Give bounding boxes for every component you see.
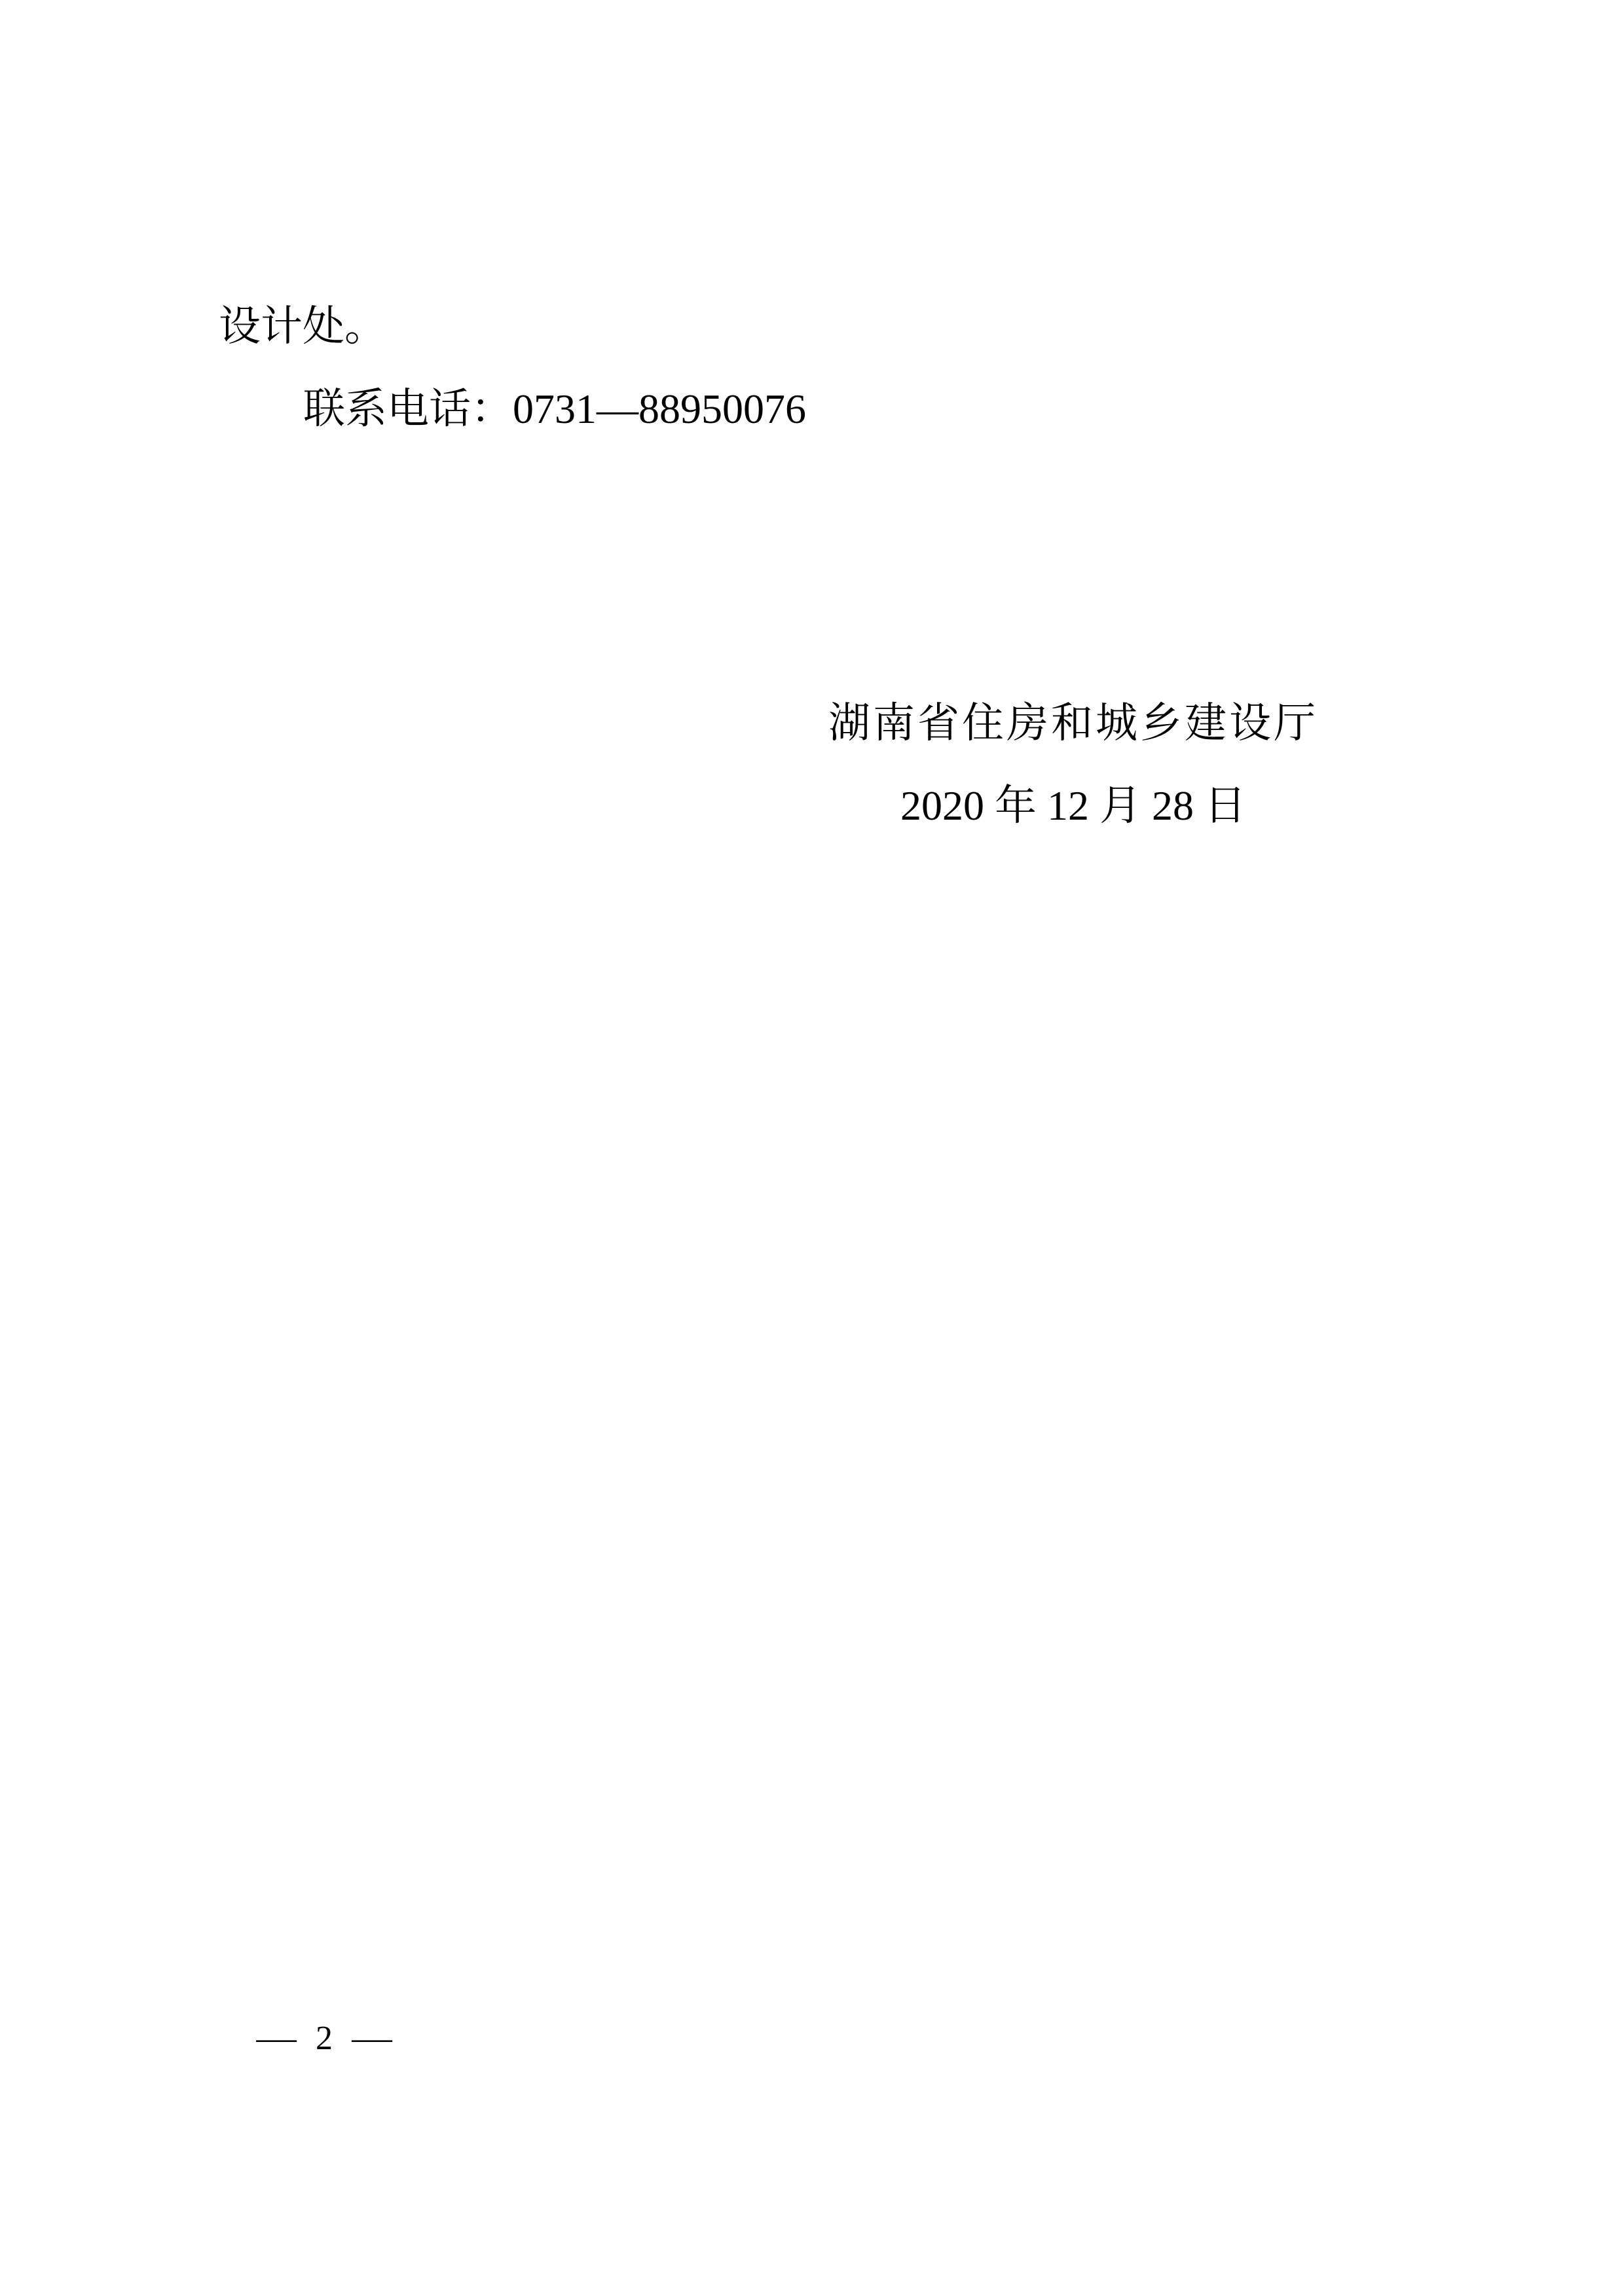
signature-block: 湖南省住房和城乡建设厅 2020 年 12 月 28 日 (827, 699, 1319, 829)
footer-page-number: 2 (316, 2022, 333, 2056)
footer-left-dash: — (256, 2022, 296, 2056)
signature-date: 2020 年 12 月 28 日 (827, 782, 1319, 830)
signature-organization: 湖南省住房和城乡建设厅 (827, 699, 1319, 748)
footer-right-dash: — (352, 2022, 392, 2056)
contact-phone-number: 0731—88950076 (513, 386, 806, 432)
contact-line: 联系电话：0731—88950076 (303, 385, 806, 433)
contact-label: 联系电话： (303, 386, 513, 432)
page-footer: — 2 — (259, 2022, 389, 2056)
paragraph-continuation-text: 设计处。 (219, 302, 386, 351)
document-page: 设计处。 联系电话：0731—88950076 湖南省住房和城乡建设厅 2020… (0, 0, 1624, 2296)
